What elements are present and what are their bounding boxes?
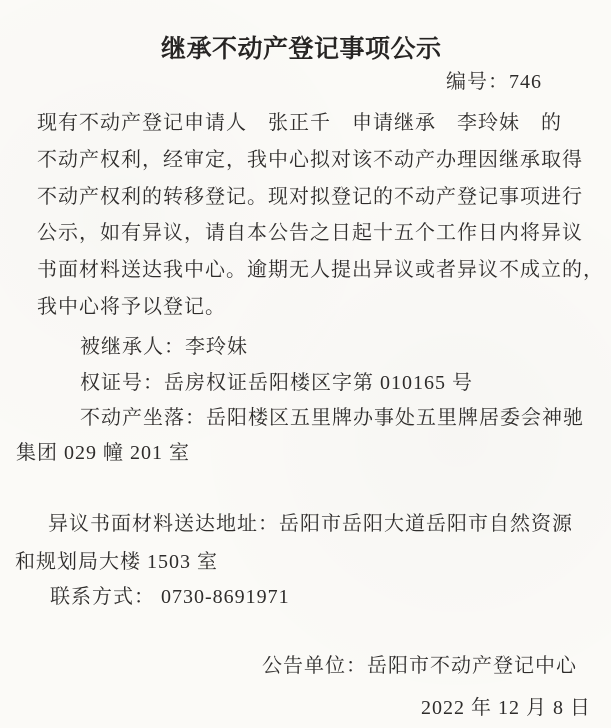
decedent-line: 被继承人：李玲妹 [80,336,248,358]
notice-document-page: 继承不动产登记事项公示 编号：746 现有不动产登记申请人 张正千 申请继承 李… [0,0,611,728]
date-line: 2022 年 12 月 8 日 [421,697,591,719]
body-paragraph-line: 我中心将予以登记。 [37,296,226,318]
property-location-line-1: 不动产坐落：岳阳楼区五里牌办事处五里牌居委会神驰 [80,407,584,429]
contact-phone-line: 联系方式： 0730-8691971 [50,586,290,608]
doc-number: 编号：746 [446,71,542,93]
issuer-line: 公告单位：岳阳市不动产登记中心 [262,655,577,677]
certificate-number-line: 权证号：岳房权证岳阳楼区字第 010165 号 [80,372,473,394]
body-paragraph-line: 公示，如有异议，请自本公告之日起十五个工作日内将异议 [37,222,583,244]
objection-address-line-2: 和规划局大楼 1503 室 [15,551,218,573]
page-title: 继承不动产登记事项公示 [161,29,442,65]
body-paragraph-line: 不动产权利的转移登记。现对拟登记的不动产登记事项进行 [37,186,583,208]
body-paragraph-line: 不动产权利，经审定，我中心拟对该不动产办理因继承取得 [37,149,583,171]
body-paragraph-line: 书面材料送达我中心。逾期无人提出异议或者异议不成立的， [37,259,604,281]
objection-address-line-1: 异议书面材料送达地址：岳阳市岳阳大道岳阳市自然资源 [48,513,573,535]
property-location-line-2: 集团 029 幢 201 室 [16,442,190,464]
body-paragraph-line: 现有不动产登记申请人 张正千 申请继承 李玲妹 的 [37,112,562,134]
